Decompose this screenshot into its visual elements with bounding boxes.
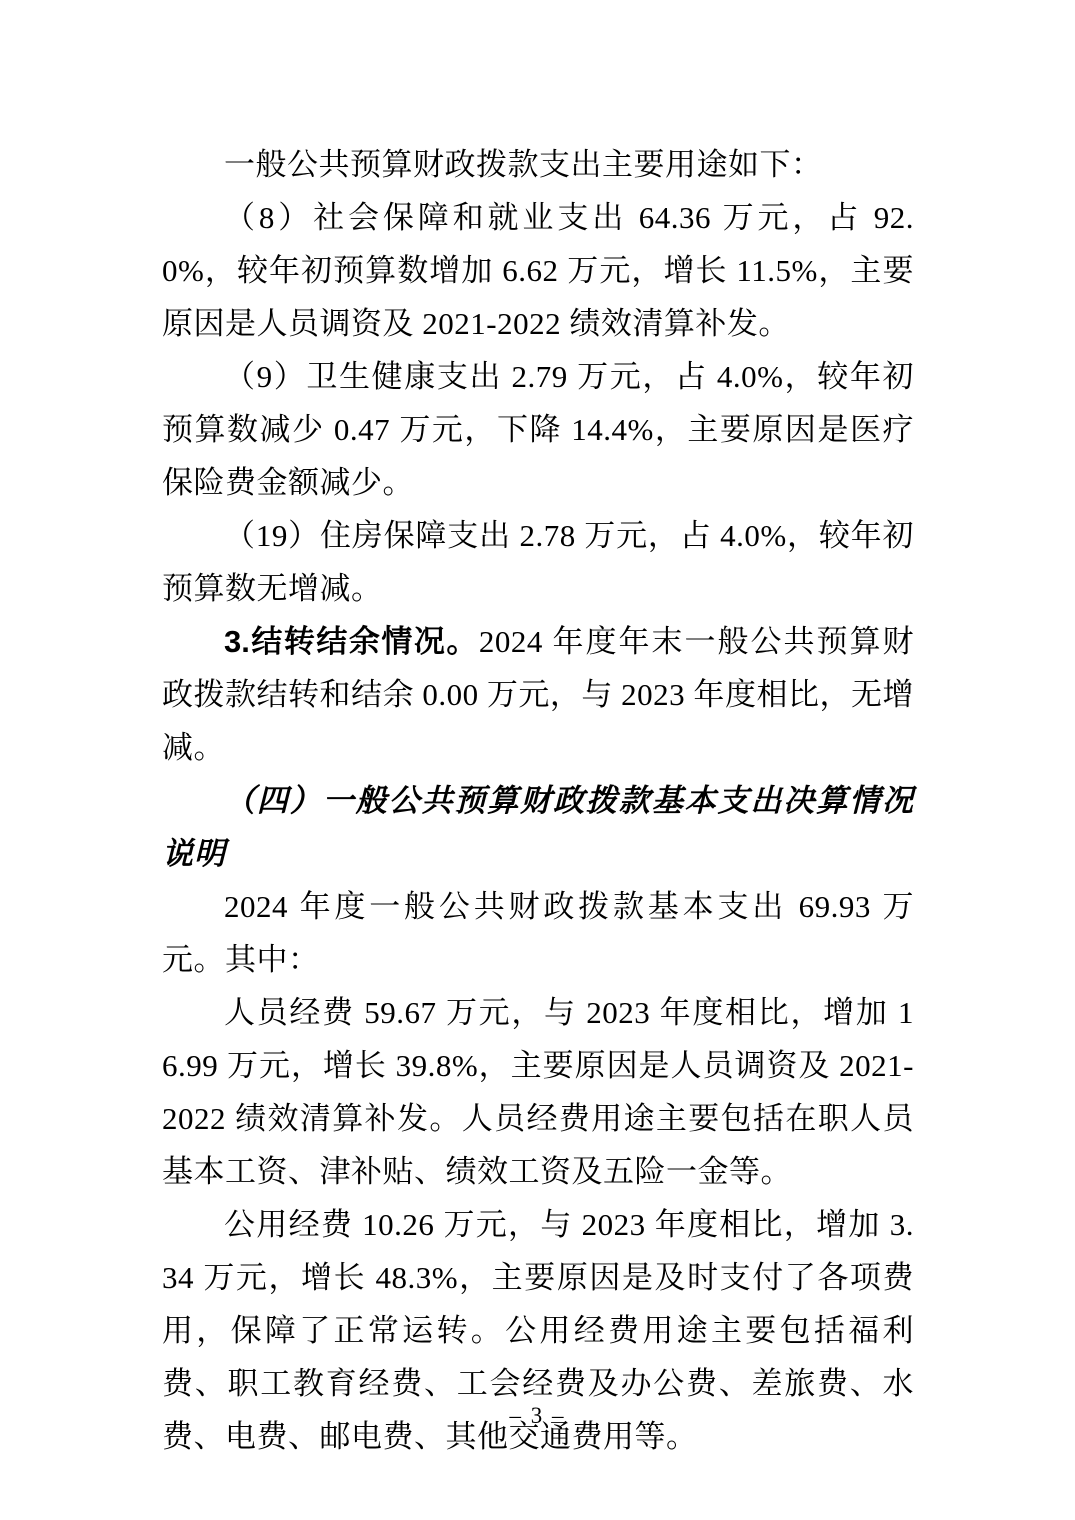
carryover-heading-lead: 3.结转结余情况。 [224, 624, 479, 659]
page-footer: – 3 – [0, 1398, 1075, 1434]
paragraph-personnel-funds: 人员经费 59.67 万元，与 2023 年度相比，增加 16.99 万元，增长… [162, 986, 914, 1198]
page-number: – 3 – [510, 1403, 566, 1428]
document-page: 一般公共预算财政拨款支出主要用途如下： （8）社会保障和就业支出 64.36 万… [0, 0, 1075, 1520]
paragraph-item-9: （9）卫生健康支出 2.79 万元，占 4.0%，较年初预算数减少 0.47 万… [162, 350, 914, 509]
paragraph-item-19: （19）住房保障支出 2.78 万元，占 4.0%，较年初预算数无增减。 [162, 509, 914, 615]
document-body: 一般公共预算财政拨款支出主要用途如下： （8）社会保障和就业支出 64.36 万… [162, 138, 914, 1463]
paragraph-carryover: 3.结转结余情况。2024 年度年末一般公共预算财政拨款结转和结余 0.00 万… [162, 615, 914, 774]
paragraph-item-8: （8）社会保障和就业支出 64.36 万元，占 92.0%，较年初预算数增加 6… [162, 191, 914, 350]
paragraph-intro: 一般公共预算财政拨款支出主要用途如下： [162, 138, 914, 191]
paragraph-basic-expenditure-total: 2024 年度一般公共财政拨款基本支出 69.93 万元。其中： [162, 880, 914, 986]
section-4-heading: （四）一般公共预算财政拨款基本支出决算情况说明 [162, 774, 914, 880]
